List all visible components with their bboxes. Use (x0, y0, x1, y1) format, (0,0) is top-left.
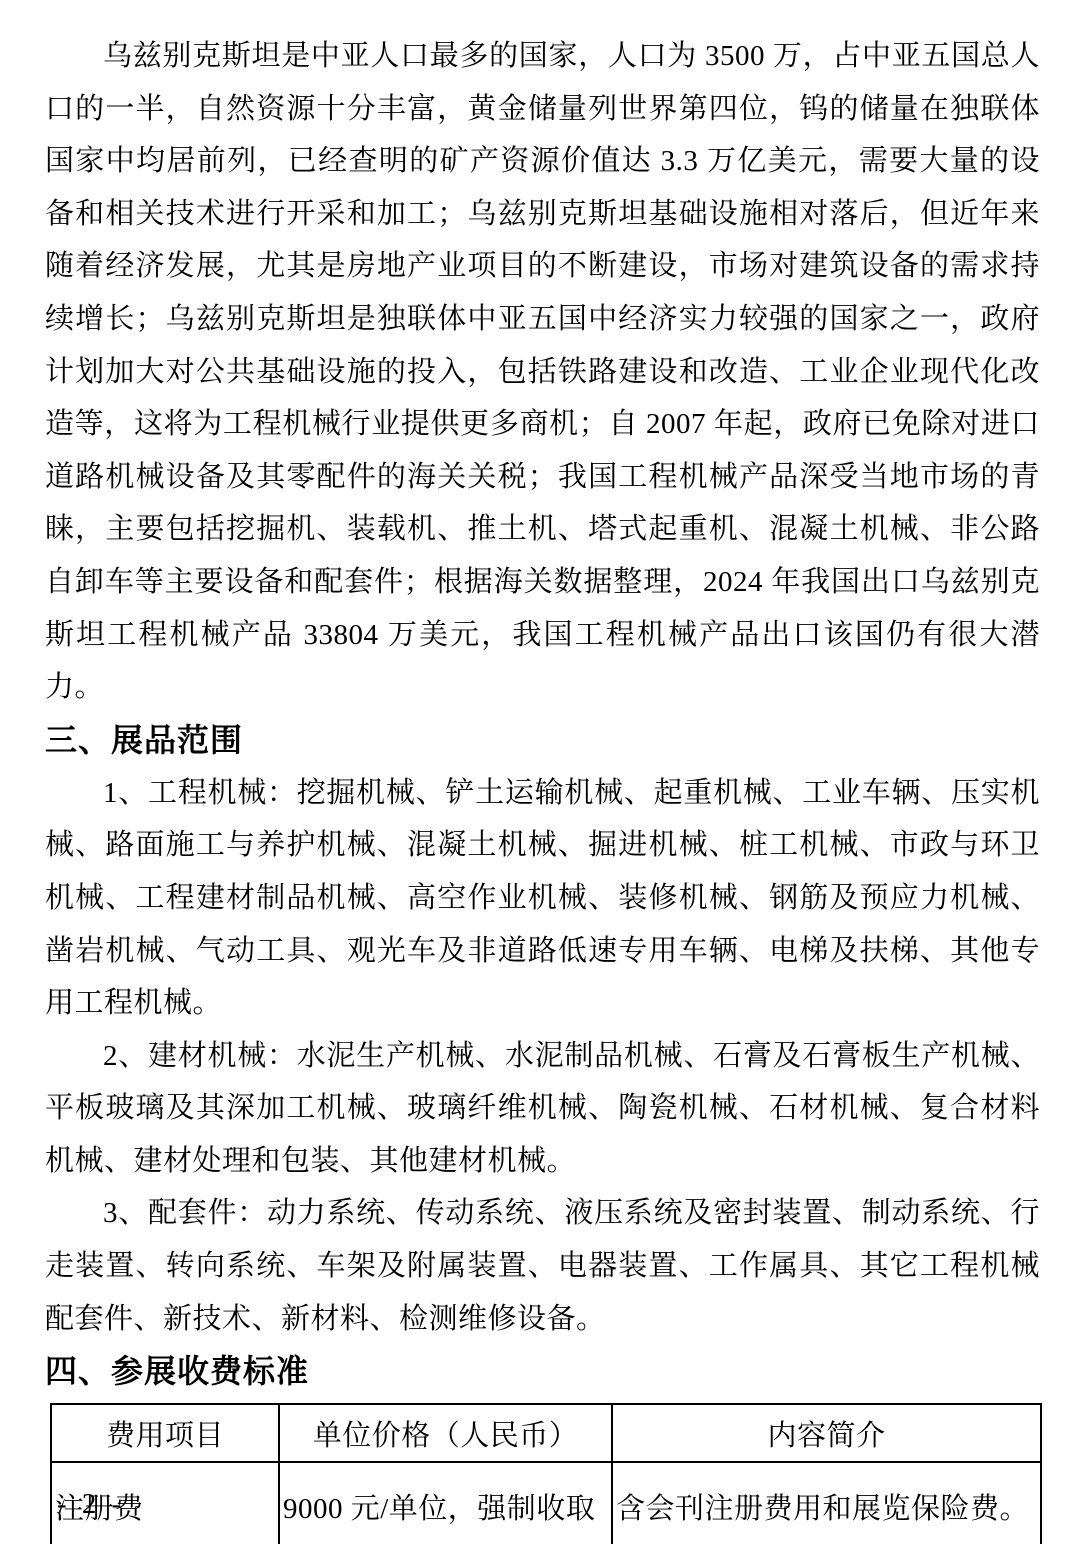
document-page: 乌兹别克斯坦是中亚人口最多的国家，人口为 3500 万，占中亚五国总人口的一半，… (0, 0, 1080, 1544)
section-heading-exhibit-scope: 三、展品范围 (45, 714, 1040, 767)
page-number: - 2 - (57, 1488, 125, 1521)
exhibit-item-components: 3、配套件：动力系统、传动系统、液压系统及密封装置、制动系统、行走装置、转向系统… (45, 1187, 1040, 1345)
fee-table: 费用项目 单位价格（人民币） 内容简介 注册费 9000 元/单位，强制收取 含… (50, 1403, 1042, 1544)
fee-cell-description: 含会刊注册费用和展览保险费。 (612, 1462, 1041, 1544)
fee-table-header-row: 费用项目 单位价格（人民币） 内容简介 (51, 1404, 1041, 1462)
exhibit-item-building-material-machinery: 2、建材机械：水泥生产机械、水泥制品机械、石膏及石膏板生产机械、平板玻璃及其深加… (45, 1030, 1040, 1188)
section-heading-fee-standard: 四、参展收费标准 (45, 1345, 1040, 1398)
fee-table-row-registration: 注册费 9000 元/单位，强制收取 含会刊注册费用和展览保险费。 (51, 1462, 1041, 1544)
fee-table-header-description: 内容简介 (612, 1404, 1041, 1462)
fee-table-header-item: 费用项目 (51, 1404, 279, 1462)
fee-cell-unit-price: 9000 元/单位，强制收取 (279, 1462, 612, 1544)
exhibit-item-construction-machinery: 1、工程机械：挖掘机械、铲土运输机械、起重机械、工业车辆、压实机械、路面施工与养… (45, 767, 1040, 1030)
intro-paragraph: 乌兹别克斯坦是中亚人口最多的国家，人口为 3500 万，占中亚五国总人口的一半，… (45, 30, 1040, 714)
fee-table-header-unit-price: 单位价格（人民币） (279, 1404, 612, 1462)
